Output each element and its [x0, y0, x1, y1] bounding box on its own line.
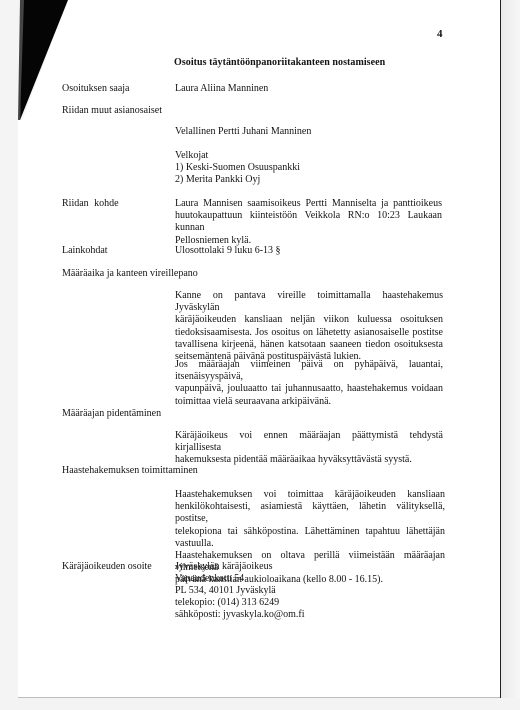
paragraph-line: Jos määräajan viimeinen päivä on pyhäpäi…: [175, 359, 443, 383]
creditor-2: 2) Merita Pankki Oyj: [175, 174, 260, 187]
subject-line: Laura Mannisen saamisoikeus Pertti Manni…: [175, 198, 442, 210]
paragraph-line: vapunpäivä, jouluaatto tai juhannusaatto…: [175, 383, 443, 395]
paragraph-line: käräjäoikeuden kansliaan neljän viikon k…: [175, 314, 443, 326]
paragraph-line: tiedoksisaamisesta. Jos osoitus on lähet…: [175, 327, 443, 339]
paragraph-line: toimittaa vielä seuraavana arkipäivänä.: [175, 396, 443, 408]
paragraph-line: Haastehakemuksen voi toimittaa käräjäoik…: [175, 489, 445, 501]
page-number: 4: [437, 28, 443, 40]
scan-background-right: [500, 0, 520, 710]
subject-label: Riidan kohde: [62, 198, 119, 209]
paragraph-line: Käräjäoikeus voi ennen määräajan päättym…: [175, 430, 443, 454]
recipient-label: Osoituksen saaja: [62, 83, 130, 94]
other-parties-label: Riidan muut asianosaiset: [62, 105, 162, 116]
subject-line: huutokaupattuun kiinteistöön Veikkola RN…: [175, 210, 442, 234]
document-title: Osoitus täytäntöönpanoriitakanteen nosta…: [174, 57, 385, 68]
deadline-paragraph-2: Jos määräajan viimeinen päivä on pyhäpäi…: [175, 359, 443, 408]
court-postal: PL 534, 40101 Jyväskylä: [175, 585, 276, 598]
recipient-value: Laura Aliina Manninen: [175, 83, 268, 96]
court-address-label: Käräjäoikeuden osoite: [62, 561, 152, 572]
scan-background-bottom: [0, 698, 520, 710]
legal-basis-value: Ulosottolaki 9 luku 6-13 §: [175, 245, 281, 258]
paragraph-line: tavallisena kirjeenä, hänen katsotaan sa…: [175, 339, 443, 351]
creditors-heading: Velkojat: [175, 150, 208, 163]
folded-corner-shadow: [0, 0, 80, 120]
deadline-paragraph-1: Kanne on pantava vireille toimittamalla …: [175, 290, 443, 363]
court-email: sähköposti: jyvaskyla.ko@om.fi: [175, 609, 304, 622]
paragraph-line: henkilökohtaisesti, asiamiestä käyttäen,…: [175, 501, 445, 525]
extension-label: Määräajan pidentäminen: [62, 408, 161, 419]
paragraph-line: Kanne on pantava vireille toimittamalla …: [175, 290, 443, 314]
paragraph-line: hakemuksesta pidentää määräaikaa hyväksy…: [175, 454, 443, 466]
delivery-label: Haastehakemuksen toimittaminen: [62, 465, 198, 476]
legal-basis-label: Lainkohdat: [62, 245, 108, 256]
deadline-label: Määräaika ja kanteen vireillepano: [62, 268, 198, 279]
court-street: Vapaudenkatu 54: [175, 573, 244, 586]
court-name: Jyväskylän käräjäoikeus: [175, 561, 272, 574]
debtor-value: Velallinen Pertti Juhani Manninen: [175, 126, 311, 139]
court-fax: telekopio: (014) 313 6249: [175, 597, 279, 610]
subject-text: Laura Mannisen saamisoikeus Pertti Manni…: [175, 198, 442, 247]
paragraph-line: telekopiona tai sähköpostina. Lähettämin…: [175, 526, 445, 550]
extension-text: Käräjäoikeus voi ennen määräajan päättym…: [175, 430, 443, 467]
creditor-1: 1) Keski-Suomen Osuuspankki: [175, 162, 300, 175]
